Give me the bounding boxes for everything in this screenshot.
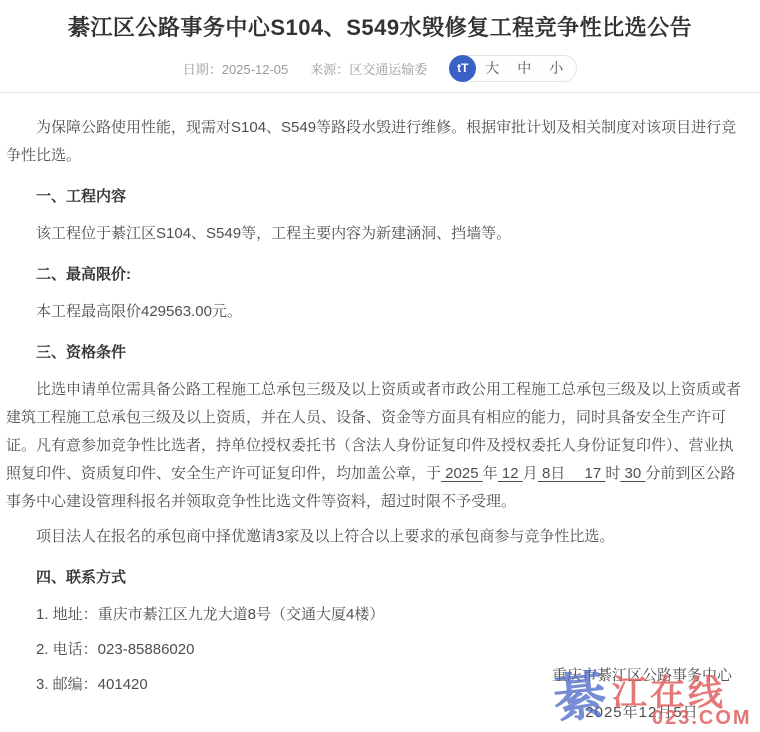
section-heading: 一、工程内容 bbox=[6, 183, 744, 211]
publish-date: 日期：2025-12-05 bbox=[183, 59, 289, 78]
font-size-small-button[interactable]: 小 bbox=[540, 55, 572, 82]
section-heading: 三、资格条件 bbox=[6, 339, 744, 367]
article-header: 綦江区公路事务中心S104、S549水毁修复工程竞争性比选公告 日期：2025-… bbox=[0, 0, 760, 82]
signature-block: 重庆市綦江区公路事务中心 2025年12月5日 bbox=[552, 666, 732, 723]
text-segment: 2. 电话：023-85886020 bbox=[36, 641, 194, 658]
text-segment: 本工程最高限价429563.00元。 bbox=[36, 303, 242, 320]
underlined-value: 8日 17 bbox=[538, 465, 606, 482]
article-meta: 日期：2025-12-05 来源：区交通运输委 tT 大 中 小 bbox=[0, 54, 760, 82]
notice-page: 綦江区公路事务中心S104、S549水毁修复工程竞争性比选公告 日期：2025-… bbox=[0, 0, 760, 732]
text-segment: 3. 邮编：401420 bbox=[36, 676, 148, 693]
signature-org: 重庆市綦江区公路事务中心 bbox=[552, 666, 732, 686]
text-segment: 该工程位于綦江区S104、S549等，工程主要内容为新建涵洞、挡墙等。 bbox=[36, 225, 511, 242]
signature-date: 2025年12月5日 bbox=[552, 703, 732, 723]
font-size-icon: tT bbox=[449, 55, 476, 82]
font-size-control: tT 大 中 小 bbox=[449, 55, 577, 82]
text-segment: 四、联系方式 bbox=[36, 569, 126, 586]
text-segment: 1. 地址：重庆市綦江区九龙大道8号（交通大厦4楼） bbox=[36, 606, 384, 623]
article-paragraph: 本工程最高限价429563.00元。 bbox=[6, 298, 744, 326]
article-paragraph: 为保障公路使用性能，现需对S104、S549等路段水毁进行维修。根据审批计划及相… bbox=[6, 114, 744, 170]
section-heading: 四、联系方式 bbox=[6, 564, 744, 592]
section-heading: 二、最高限价: bbox=[6, 261, 744, 289]
article-body: 为保障公路使用性能，现需对S104、S549等路段水毁进行维修。根据审批计划及相… bbox=[0, 93, 760, 699]
article-paragraph: 该工程位于綦江区S104、S549等，工程主要内容为新建涵洞、挡墙等。 bbox=[6, 220, 744, 248]
underlined-value: 2025 bbox=[441, 465, 483, 482]
font-size-large-button[interactable]: 大 bbox=[476, 55, 508, 82]
article-paragraph: 项目法人在报名的承包商中择优邀请3家及以上符合以上要求的承包商参与竞争性比选。 bbox=[6, 523, 744, 551]
source: 来源：区交通运输委 bbox=[310, 59, 427, 78]
underlined-value: 12 bbox=[498, 465, 523, 482]
text-segment: 三、资格条件 bbox=[36, 344, 126, 361]
page-title: 綦江区公路事务中心S104、S549水毁修复工程竞争性比选公告 bbox=[40, 13, 720, 43]
text-segment: 时 bbox=[605, 465, 620, 482]
article-paragraph: 比选申请单位需具备公路工程施工总承包三级及以上资质或者市政公用工程施工总承包三级… bbox=[6, 376, 744, 516]
underlined-value: 30 bbox=[620, 465, 645, 482]
text-segment: 一、工程内容 bbox=[36, 188, 126, 205]
text-segment: 年 bbox=[483, 465, 498, 482]
text-segment: 为保障公路使用性能，现需对S104、S549等路段水毁进行维修。根据审批计划及相… bbox=[6, 119, 736, 164]
text-segment: 月 bbox=[523, 465, 538, 482]
article-paragraph: 2. 电话：023-85886020 bbox=[6, 636, 744, 664]
text-segment: 二、最高限价: bbox=[36, 266, 131, 283]
article-paragraph: 1. 地址：重庆市綦江区九龙大道8号（交通大厦4楼） bbox=[6, 601, 744, 629]
font-size-medium-button[interactable]: 中 bbox=[508, 55, 540, 82]
text-segment: 项目法人在报名的承包商中择优邀请3家及以上符合以上要求的承包商参与竞争性比选。 bbox=[36, 528, 614, 545]
